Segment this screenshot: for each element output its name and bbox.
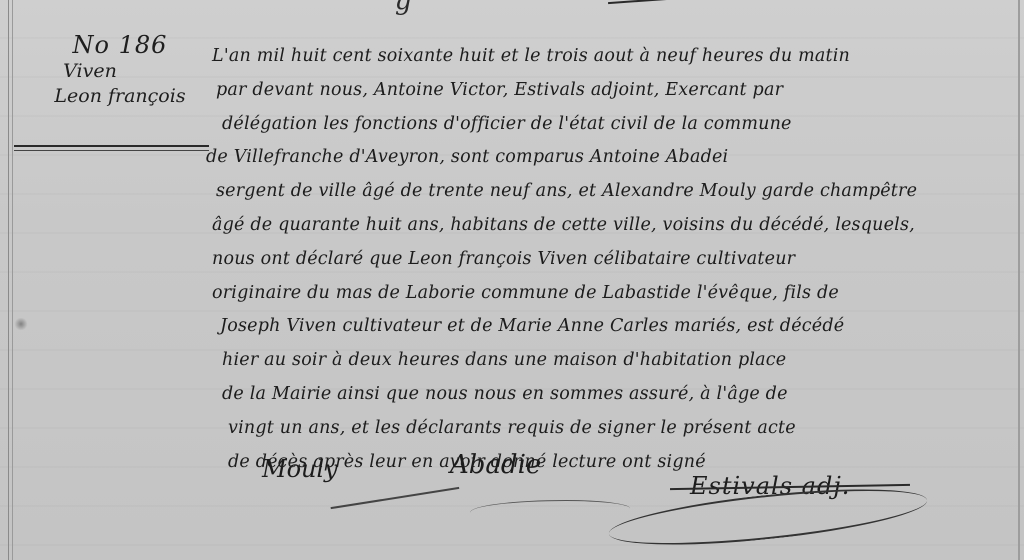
record-number: No 186 xyxy=(30,30,210,60)
signature-mouly: Mouly xyxy=(262,455,338,483)
document-page: g No 186 Viven Leon françois L'an mil hu… xyxy=(0,0,1024,560)
text-line: délégation les fonctions d'officier de l… xyxy=(222,108,1012,142)
text-line: vingt un ans, et les déclarants requis d… xyxy=(228,412,1012,446)
margin-rule xyxy=(8,0,9,560)
deceased-given-names: Leon françois xyxy=(30,82,210,110)
previous-line-fragment: g xyxy=(395,0,412,16)
text-line: de la Mairie ainsi que nous nous en somm… xyxy=(222,378,1012,412)
text-line: âgé de quarante huit ans, habitans de ce… xyxy=(212,209,1012,243)
text-line: nous ont déclaré que Leon françois Viven… xyxy=(212,243,1012,277)
text-line: originaire du mas de Laborie commune de … xyxy=(212,277,1012,311)
deceased-surname: Viven xyxy=(0,60,210,82)
signature-abadie: Abadie xyxy=(450,450,541,480)
text-line: par devant nous, Antoine Victor, Estival… xyxy=(216,74,1012,108)
signature-flourish xyxy=(470,500,630,521)
signature-flourish xyxy=(331,487,460,510)
margin-rule-inner xyxy=(12,0,13,560)
margin-entry: No 186 Viven Leon françois xyxy=(30,30,210,110)
record-body: L'an mil huit cent soixante huit et le t… xyxy=(212,40,1012,479)
margin-underline xyxy=(14,145,209,151)
ink-blot xyxy=(14,318,28,330)
text-line: sergent de ville âgé de trente neuf ans,… xyxy=(216,175,1012,209)
text-line: de Villefranche d'Aveyron, sont comparus… xyxy=(206,141,1012,175)
text-line: Joseph Viven cultivateur et de Marie Ann… xyxy=(220,310,1012,344)
previous-line-stroke xyxy=(608,0,668,4)
right-edge-rule xyxy=(1018,0,1020,560)
text-line: L'an mil huit cent soixante huit et le t… xyxy=(212,40,1012,74)
text-line: hier au soir à deux heures dans une mais… xyxy=(222,344,1012,378)
text-line: de décès après leur en avoir donné lectu… xyxy=(228,446,1012,480)
